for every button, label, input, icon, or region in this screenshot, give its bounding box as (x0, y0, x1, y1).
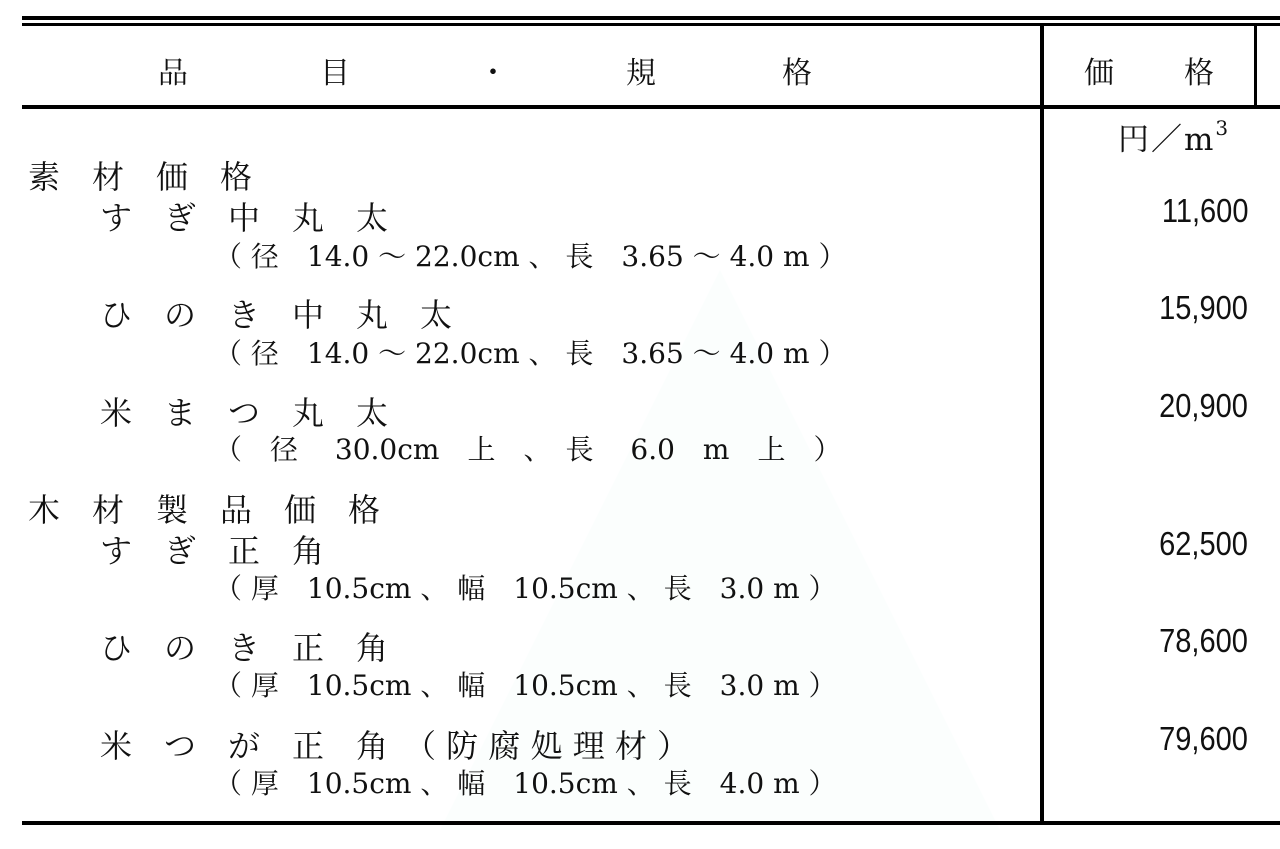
header-char: 格 (782, 48, 812, 92)
header-char: 格 (1184, 48, 1214, 92)
unit-text: 円／m (1118, 122, 1215, 158)
header-char: 価 (1084, 48, 1114, 92)
item-price: 79,600 (1159, 720, 1248, 758)
header-right-divider (1254, 23, 1257, 108)
item-name: ひ の き 正 角 (100, 623, 388, 669)
header-price: 価 格 (1044, 26, 1254, 105)
column-divider (1040, 23, 1044, 825)
item-spec: （ 厚 10.5cm 、 幅 10.5cm 、 長 4.0 m ） (214, 762, 837, 802)
item-name: ひ の き 中 丸 太 (100, 290, 452, 336)
item-price: 11,600 (1161, 192, 1248, 230)
item-spec: （ 径 30.0cm 上 、 長 6.0 m 上 ） (214, 428, 841, 468)
item-name: す ぎ 正 角 (100, 526, 324, 572)
item-spec: （ 厚 10.5cm 、 幅 10.5cm 、 長 3.0 m ） (214, 567, 837, 607)
header-char: ・ (478, 48, 508, 92)
unit-superscript: 3 (1215, 116, 1230, 140)
table-bottom-border (22, 821, 1280, 825)
item-spec: （ 径 14.0 ～ 22.0cm 、 長 3.65 ～ 4.0 m ） (214, 235, 846, 275)
item-price: 78,600 (1159, 622, 1248, 660)
header-char: 目 (320, 48, 350, 92)
table-top-border (22, 16, 1280, 20)
item-name: 米 つ が 正 角 （ 防 腐 処 理 材 ） (100, 721, 689, 767)
item-spec: （ 厚 10.5cm 、 幅 10.5cm 、 長 3.0 m ） (214, 664, 837, 704)
item-spec: （ 径 14.0 ～ 22.0cm 、 長 3.65 ～ 4.0 m ） (214, 332, 846, 372)
item-price: 15,900 (1159, 289, 1248, 327)
item-price: 62,500 (1159, 525, 1248, 563)
header-char: 品 (158, 48, 188, 92)
unit-label: 円／m3 (1118, 114, 1230, 159)
item-name: す ぎ 中 丸 太 (100, 193, 388, 239)
header-bottom-border (22, 105, 1280, 109)
header-item-spec: 品 目 ・ 規 格 (22, 26, 1040, 105)
category-wood-products: 木 材 製 品 価 格 (28, 485, 380, 531)
category-raw-timber: 素 材 価 格 (28, 152, 252, 198)
item-price: 20,900 (1159, 387, 1248, 425)
header-char: 規 (626, 48, 656, 92)
